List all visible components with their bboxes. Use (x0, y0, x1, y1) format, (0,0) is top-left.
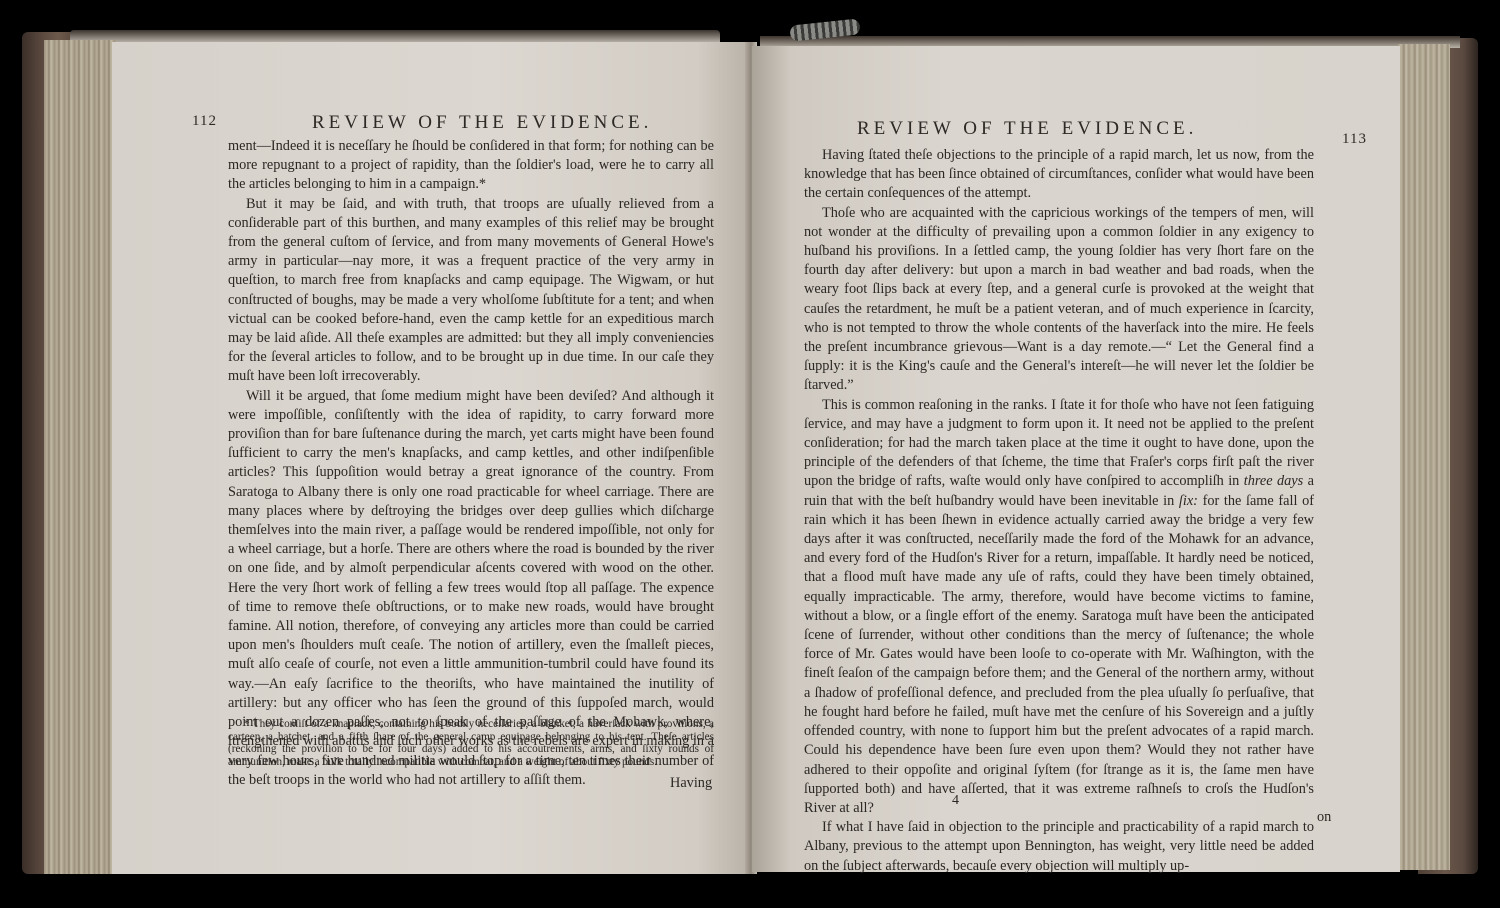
footnote-text: * They conſiſt of a knapſack, containing… (228, 718, 714, 768)
left-page-body: ment—Indeed it is neceſſary he ſhould be… (228, 137, 714, 790)
page-number-right: 113 (1342, 131, 1367, 148)
right-page: REVIEW OF THE EVIDENCE. 113 Having ſtate… (752, 46, 1400, 872)
paragraph: This is common reaſoning in the ranks. I… (804, 396, 1314, 818)
paragraph-text: for the ſame fall of rain which it has b… (804, 493, 1314, 816)
running-head-right: REVIEW OF THE EVIDENCE. (857, 118, 1197, 140)
left-page-block-edges (44, 40, 116, 874)
paragraph: Thoſe who are acquainted with the capric… (804, 204, 1314, 396)
left-page: 112 REVIEW OF THE EVIDENCE. ment—Indeed … (112, 42, 748, 874)
signature-mark: 4 (952, 793, 959, 809)
footnote: * They conſiſt of a knapſack, containing… (228, 718, 714, 768)
catchword-right: on (1317, 809, 1331, 826)
right-page-block-edges (1398, 44, 1450, 870)
italic-phrase: three days (1244, 473, 1303, 489)
paragraph: Having ſtated theſe objections to the pr… (804, 146, 1314, 204)
paragraph-text: This is common reaſoning in the ranks. I… (804, 397, 1314, 490)
italic-phrase: ſix: (1179, 493, 1198, 509)
paragraph: But it may be ſaid, and with truth, that… (228, 195, 714, 387)
catchword-left: Having (670, 775, 712, 792)
running-head-left: REVIEW OF THE EVIDENCE. (312, 112, 652, 134)
paragraph: If what I have ſaid in objection to the … (804, 818, 1314, 876)
right-page-body: Having ſtated theſe objections to the pr… (804, 146, 1314, 876)
paragraph: ment—Indeed it is neceſſary he ſhould be… (228, 137, 714, 195)
open-book: 112 REVIEW OF THE EVIDENCE. ment—Indeed … (0, 0, 1500, 908)
page-number-left: 112 (192, 113, 217, 130)
